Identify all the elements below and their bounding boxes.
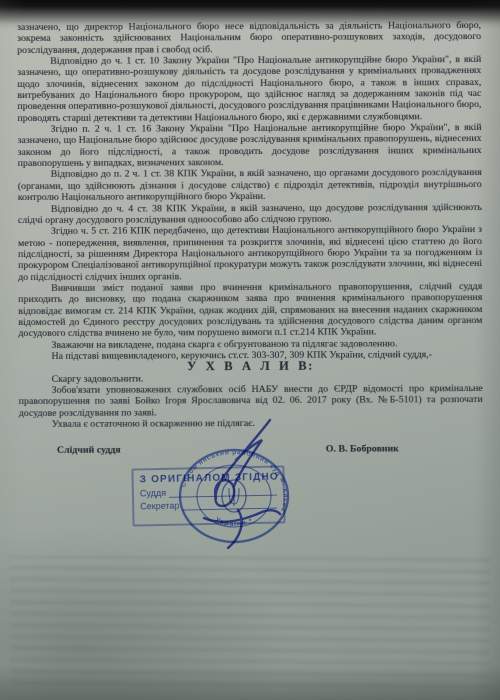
paragraph-law-art10: Відповідно до ч. 1 ст. 10 Закону України… [17, 54, 481, 124]
judge-role-label: Слідчий суддя [57, 445, 121, 457]
court-ruling-document-photo: зазначено, що директор Національного бюр… [0, 0, 500, 700]
judge-name: О. В. Бобровник [326, 444, 399, 456]
paragraph-kpk-art38-p4: Відповідно до ч. 4 ст. 38 КПК України, в… [18, 201, 482, 226]
paragraph-kpk-art216: Згідно ч. 5 ст. 216 КПК передбачено, що … [18, 224, 482, 283]
page-bleed-through [10, 556, 490, 688]
paragraph-law-art16: Згідно п. 2 ч. 1 ст. 16 Закону України "… [17, 122, 481, 169]
stamp-secretary-label: Секретар [140, 501, 179, 512]
judge-handwritten-signature [178, 414, 304, 560]
paragraph-continuation: зазначено, що директор Національного бюр… [17, 20, 481, 56]
paragraph-conclusion: Вивчивши зміст поданої заяви про вчиненн… [18, 281, 482, 340]
signature-strokes [204, 420, 280, 548]
document-body: зазначено, що директор Національного бюр… [17, 20, 483, 457]
paragraph-kpk-art38-p2: Відповідно до п. 2 ч. 1 ст. 38 КПК Украї… [18, 167, 482, 203]
stamp-judge-label: Суддя [140, 488, 166, 499]
